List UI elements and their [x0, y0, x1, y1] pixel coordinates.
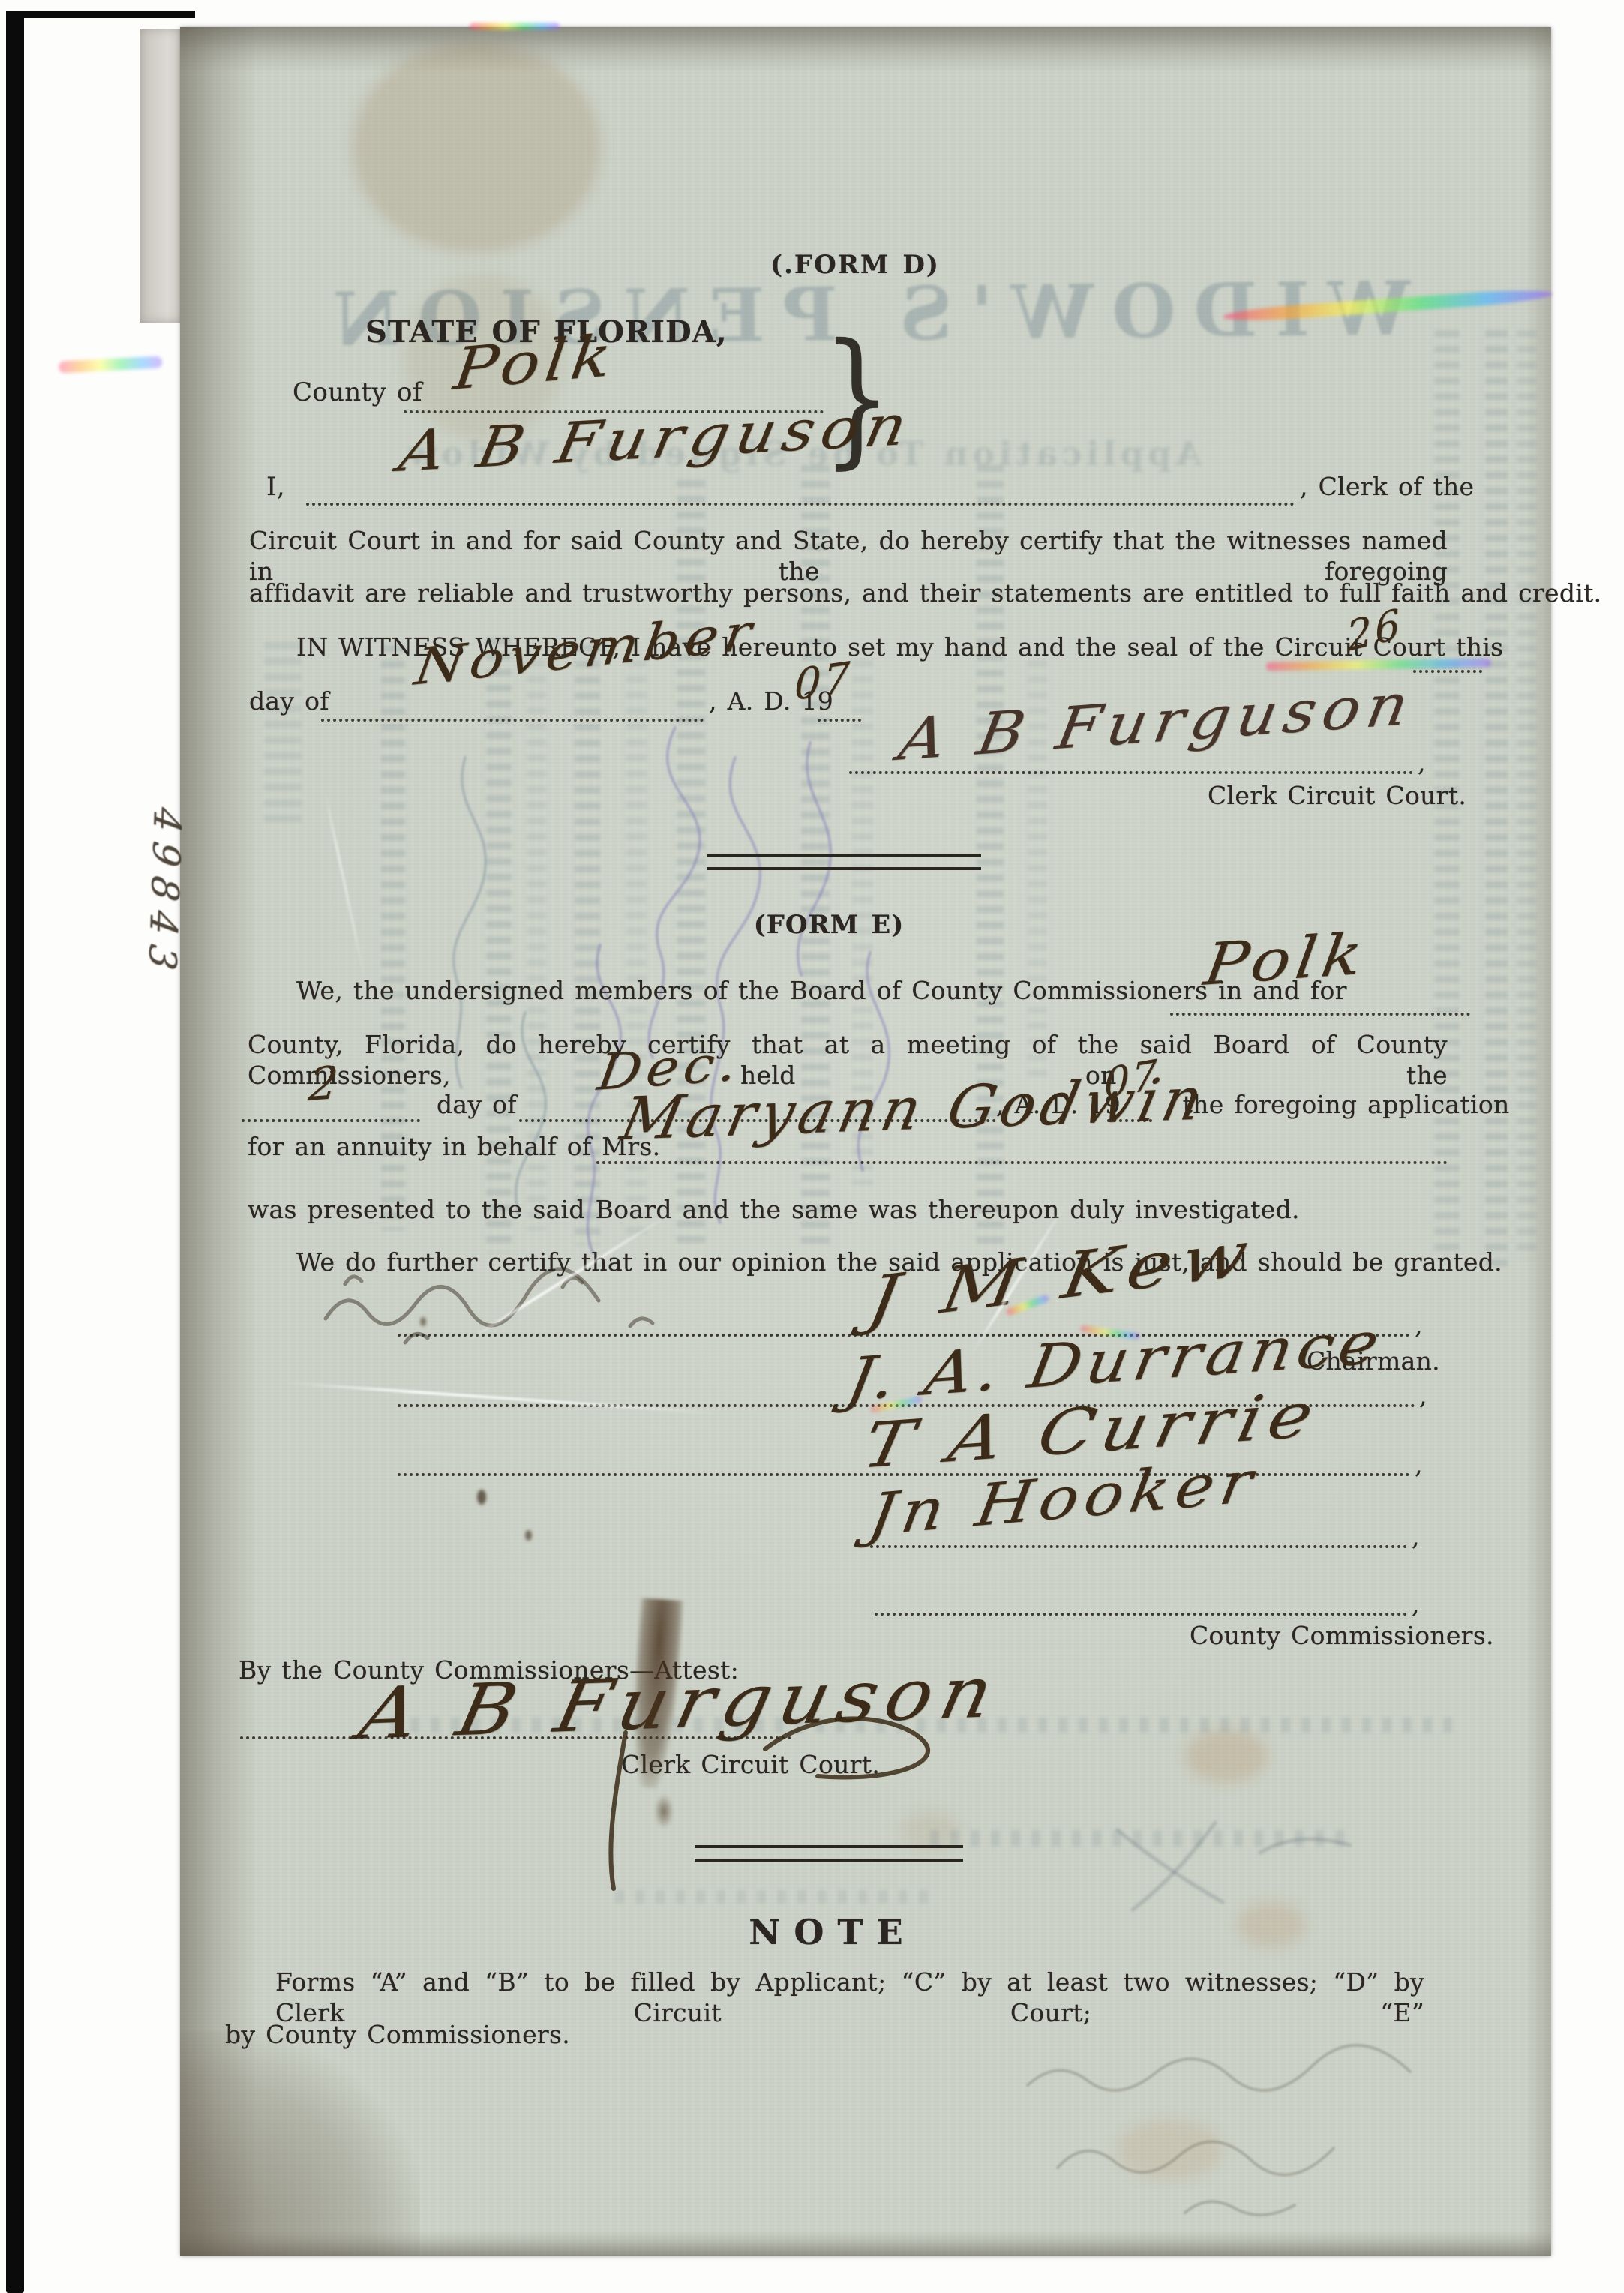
paper-corner-stain	[180, 2031, 420, 2256]
ghost-column-1	[264, 642, 302, 822]
commissioners-blank-line	[875, 1613, 1407, 1616]
chairman-comma: ,	[1415, 1310, 1423, 1340]
section-divider-2	[695, 1845, 963, 1862]
ghost-column-13	[1485, 330, 1508, 1275]
commissioner-comma-2: ,	[1415, 1449, 1423, 1480]
commissioners-blank-comma: ,	[1412, 1589, 1420, 1619]
e-line-5: was presented to the said Board and the …	[248, 1194, 1300, 1225]
paper-edge-top-stain	[180, 27, 1551, 72]
e-day-of-label: day of	[437, 1089, 517, 1120]
rainbow-glare-margin	[59, 356, 163, 373]
film-edge-left	[6, 11, 24, 2293]
commissioners-title: County Commissioners.	[1190, 1620, 1494, 1651]
commissioner-line-3	[870, 1545, 1407, 1548]
name-dotted-line	[306, 503, 1295, 506]
film-edge-top	[6, 11, 195, 18]
clerk-signature-line	[849, 771, 1413, 774]
e-day-handwriting: 2	[306, 1057, 341, 1112]
day-of-label: day of	[249, 686, 329, 716]
note-line-2: by County Commissioners.	[225, 2019, 570, 2050]
ghost-column-14	[1517, 330, 1536, 1260]
margin-annotation: 49843	[140, 804, 189, 983]
tape-residue	[140, 29, 186, 323]
ink-speck-3	[420, 1317, 426, 1326]
ink-speck-2	[525, 1530, 532, 1541]
witness-trailing-dots	[1413, 670, 1482, 673]
document-scan: WIDOW'S PENSION Application To be Signed…	[0, 0, 1624, 2293]
year-handwriting: 07	[794, 653, 853, 710]
e-line-1: We, the undersigned members of the Board…	[296, 975, 1347, 1006]
rust-dot-1	[1185, 1730, 1268, 1782]
e-line-3-suffix: , the foregoing application	[1164, 1089, 1510, 1120]
clerk-of-suffix: , Clerk of the	[1300, 471, 1474, 502]
section-divider-1	[707, 854, 981, 870]
clerk-signature-title: Clerk Circuit Court.	[1208, 780, 1466, 811]
commissioner-comma-3: ,	[1412, 1521, 1420, 1552]
clerk-signature-comma: ,	[1418, 747, 1426, 778]
e-county-handwriting: Polk	[1200, 920, 1372, 998]
e-annuity-label: for an annuity in behalf of Mrs.	[248, 1131, 660, 1162]
rainbow-glare-top-edge	[470, 23, 560, 30]
month-dotted-line	[321, 719, 704, 722]
e-day-dots	[242, 1119, 420, 1122]
form-e-label: (FORM E)	[750, 909, 908, 941]
county-of-label: County of	[293, 377, 422, 409]
ink-speck-1	[477, 1490, 486, 1505]
e-county-dotted-line	[1170, 1013, 1470, 1016]
ink-blot-drip	[654, 1794, 674, 1829]
ghost-x-mark	[1073, 1785, 1388, 1950]
e-widow-dotted-line	[596, 1161, 1448, 1164]
ghost-pencil-bottom-right	[960, 2025, 1500, 2250]
stain-top	[353, 42, 600, 252]
form-d-label: (.FORM D)	[765, 249, 945, 281]
commissioner-comma-1: ,	[1419, 1380, 1427, 1411]
note-title: NOTE	[735, 1911, 930, 1955]
i-label: I,	[266, 471, 285, 503]
year-dots	[818, 719, 861, 722]
